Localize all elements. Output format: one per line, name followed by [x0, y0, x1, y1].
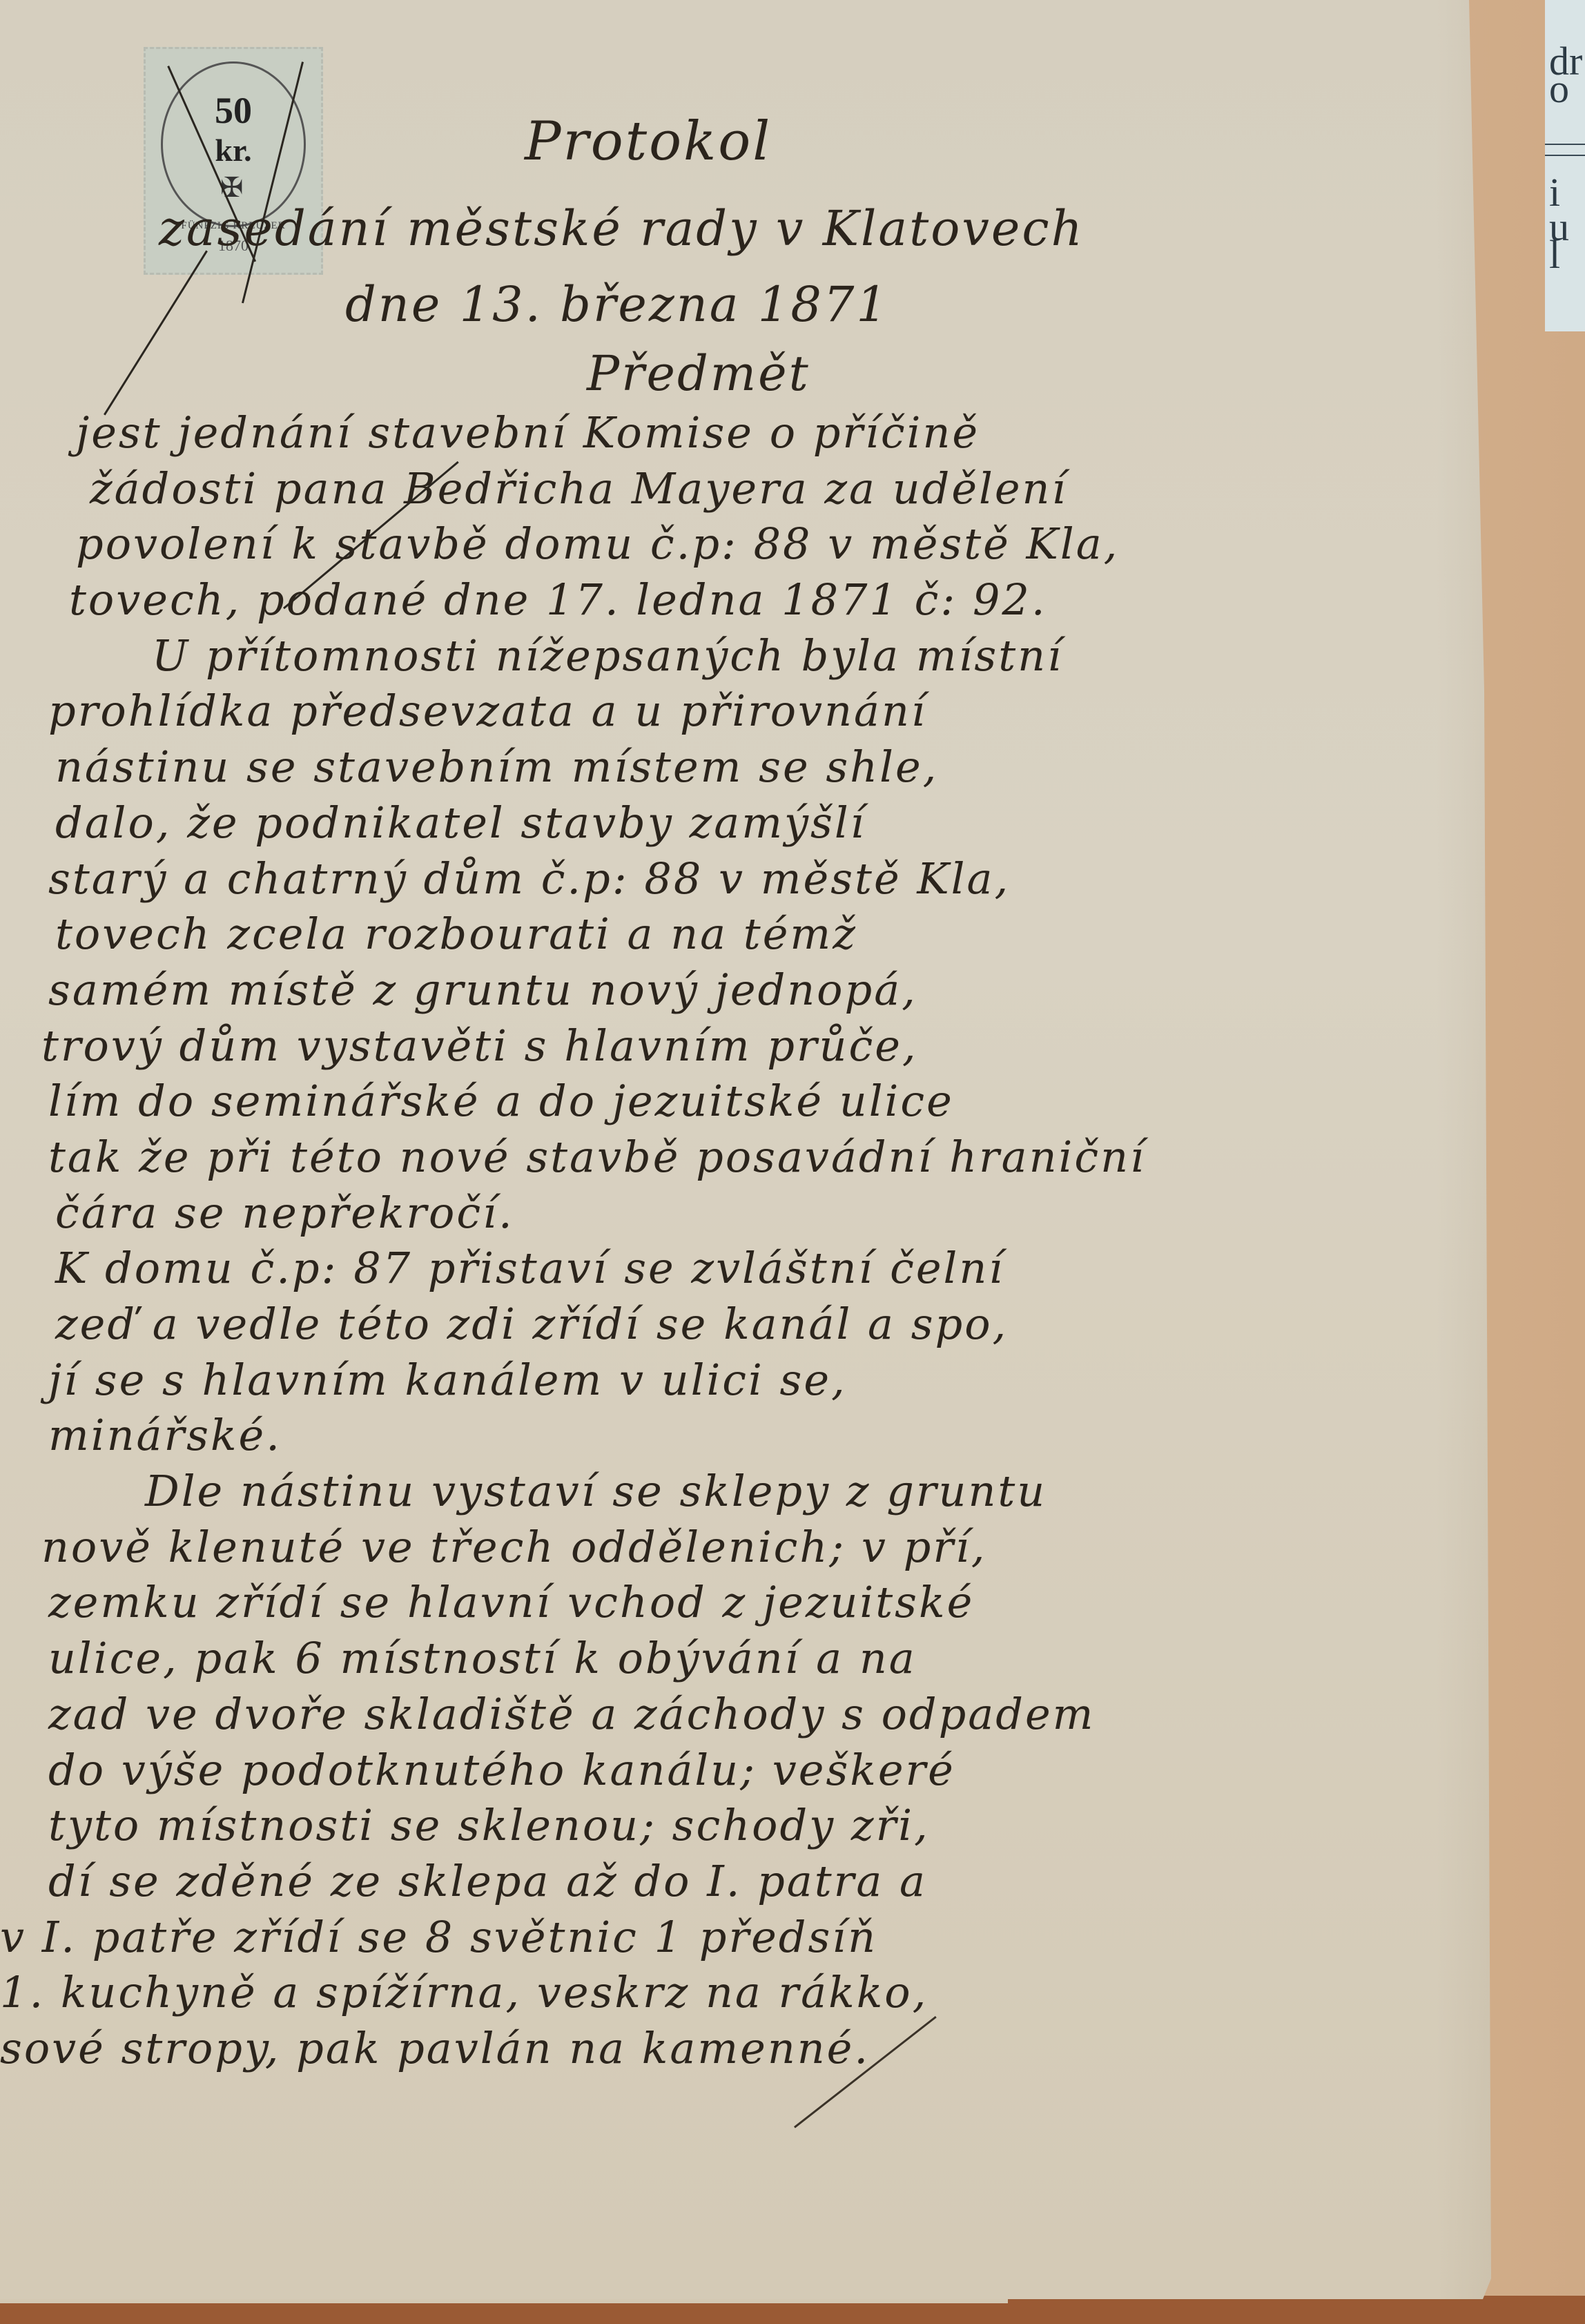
body-line: U přítomnosti nížepsaných byla místní	[152, 630, 1063, 681]
fragment-text: o	[1549, 69, 1569, 109]
body-line: lím do seminářské a do jezuitské ulice	[48, 1076, 954, 1126]
body-line: tak že při této nové stavbě posavádní hr…	[48, 1132, 1146, 1182]
body-line: povolení k stavbě domu č.p: 88 v městě K…	[76, 519, 1119, 569]
body-line: prohlídka předsevzata a u přirovnání	[48, 686, 927, 736]
body-line: v I. patře zřídí se 8 světnic 1 předsíň	[0, 1912, 877, 1962]
divider	[1545, 144, 1585, 145]
body-line: žádosti pana Bedřicha Mayera za udělení	[90, 463, 1067, 514]
body-line: tovech, podané dne 17. ledna 1871 č: 92.	[69, 574, 1047, 625]
body-line: minářské.	[48, 1410, 282, 1460]
subject-label: Předmět	[587, 345, 810, 402]
body-line: jí se s hlavním kanálem v ulici se,	[48, 1355, 847, 1405]
body-line: zemku zřídí se hlavní vchod z jezuitské	[48, 1577, 974, 1627]
body-line: jest jednání stavební Komise o příčině	[76, 407, 980, 458]
underlying-printed-sheet: dr o i u l	[1545, 0, 1585, 331]
body-line: tyto místnosti se sklenou; schody zři,	[48, 1800, 930, 1850]
body-line: sové stropy, pak pavlán na kamenné.	[0, 2023, 870, 2073]
body-line: dí se zděné ze sklepa až do I. patra a	[48, 1856, 927, 1906]
body-line: 1. kuchyně a spížírna, veskrz na rákko,	[0, 1967, 928, 2017]
body-line: trový dům vystavěti s hlavním průče,	[41, 1020, 918, 1071]
margin-stroke	[104, 251, 208, 416]
body-line: K domu č.p: 87 přistaví se zvláštní čeln…	[55, 1243, 1004, 1293]
manuscript-page: 50 kr. ✠ FÜNFZIG KREUZER 1870 Protokol z…	[0, 0, 1491, 2299]
body-line: samém místě z gruntu nový jednopá,	[48, 965, 917, 1015]
body-line: ulice, pak 6 místností k obývání a na	[48, 1633, 917, 1683]
heading-date: dne 13. března 1871	[345, 276, 889, 333]
fragment-text: l	[1549, 235, 1560, 275]
body-line: do výše podotknutého kanálu; veškeré	[48, 1745, 955, 1795]
body-line: zad ve dvoře skladiště a záchody s odpad…	[48, 1689, 1095, 1739]
divider	[1545, 155, 1585, 156]
body-line: starý a chatrný dům č.p: 88 v městě Kla,	[48, 853, 1010, 904]
body-line: zeď a vedle této zdi zřídí se kanál a sp…	[55, 1299, 1008, 1349]
body-line: čára se nepřekročí.	[55, 1188, 514, 1238]
document-title: Protokol	[525, 110, 772, 173]
body-line: Dle nástinu vystaví se sklepy z gruntu	[145, 1466, 1047, 1516]
body-line: tovech zcela rozbourati a na témž	[55, 909, 857, 959]
heading-line-1: zasedání městské rady v Klatovech	[159, 200, 1085, 257]
stamp-unit: kr.	[146, 132, 321, 168]
body-line: dalo, že podnikatel stavby zamýšlí	[55, 797, 866, 848]
body-line: nástinu se stavebním místem se shle,	[55, 742, 938, 792]
body-line: nově klenuté ve třech oddělenich; v pří,	[41, 1522, 987, 1572]
